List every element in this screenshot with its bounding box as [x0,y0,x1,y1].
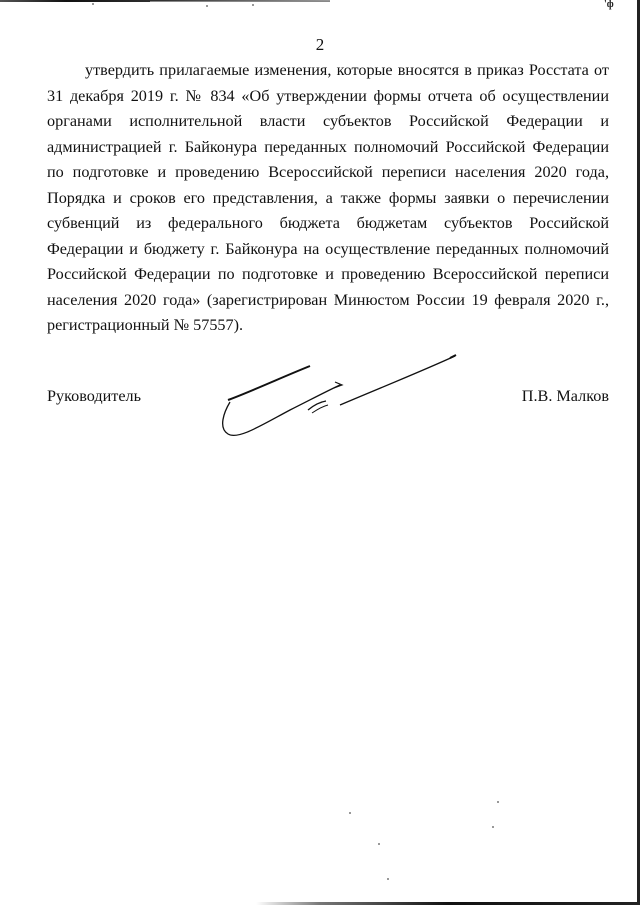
scan-speck [492,826,494,828]
signer-title: Руководитель [47,387,141,406]
body-text: утвердить прилагаемые изменения, которые… [47,58,609,339]
handwritten-signature [220,350,470,460]
scan-speck [378,843,380,845]
scan-speck [497,801,499,803]
page-number: 2 [0,35,640,55]
scan-speck [92,3,94,5]
document-page: 'ф 2 утвердить прилагаемые изменения, ко… [0,0,640,905]
scan-speck [387,878,389,880]
scan-speck [350,168,352,170]
scan-top-edge-secondary [150,1,330,2]
scan-speck [349,812,351,814]
corner-mark: 'ф [604,0,614,10]
scan-speck [206,5,208,7]
main-paragraph: утвердить прилагаемые изменения, которые… [47,58,609,339]
signer-name: П.В. Малков [522,387,609,406]
scan-speck [252,4,254,6]
